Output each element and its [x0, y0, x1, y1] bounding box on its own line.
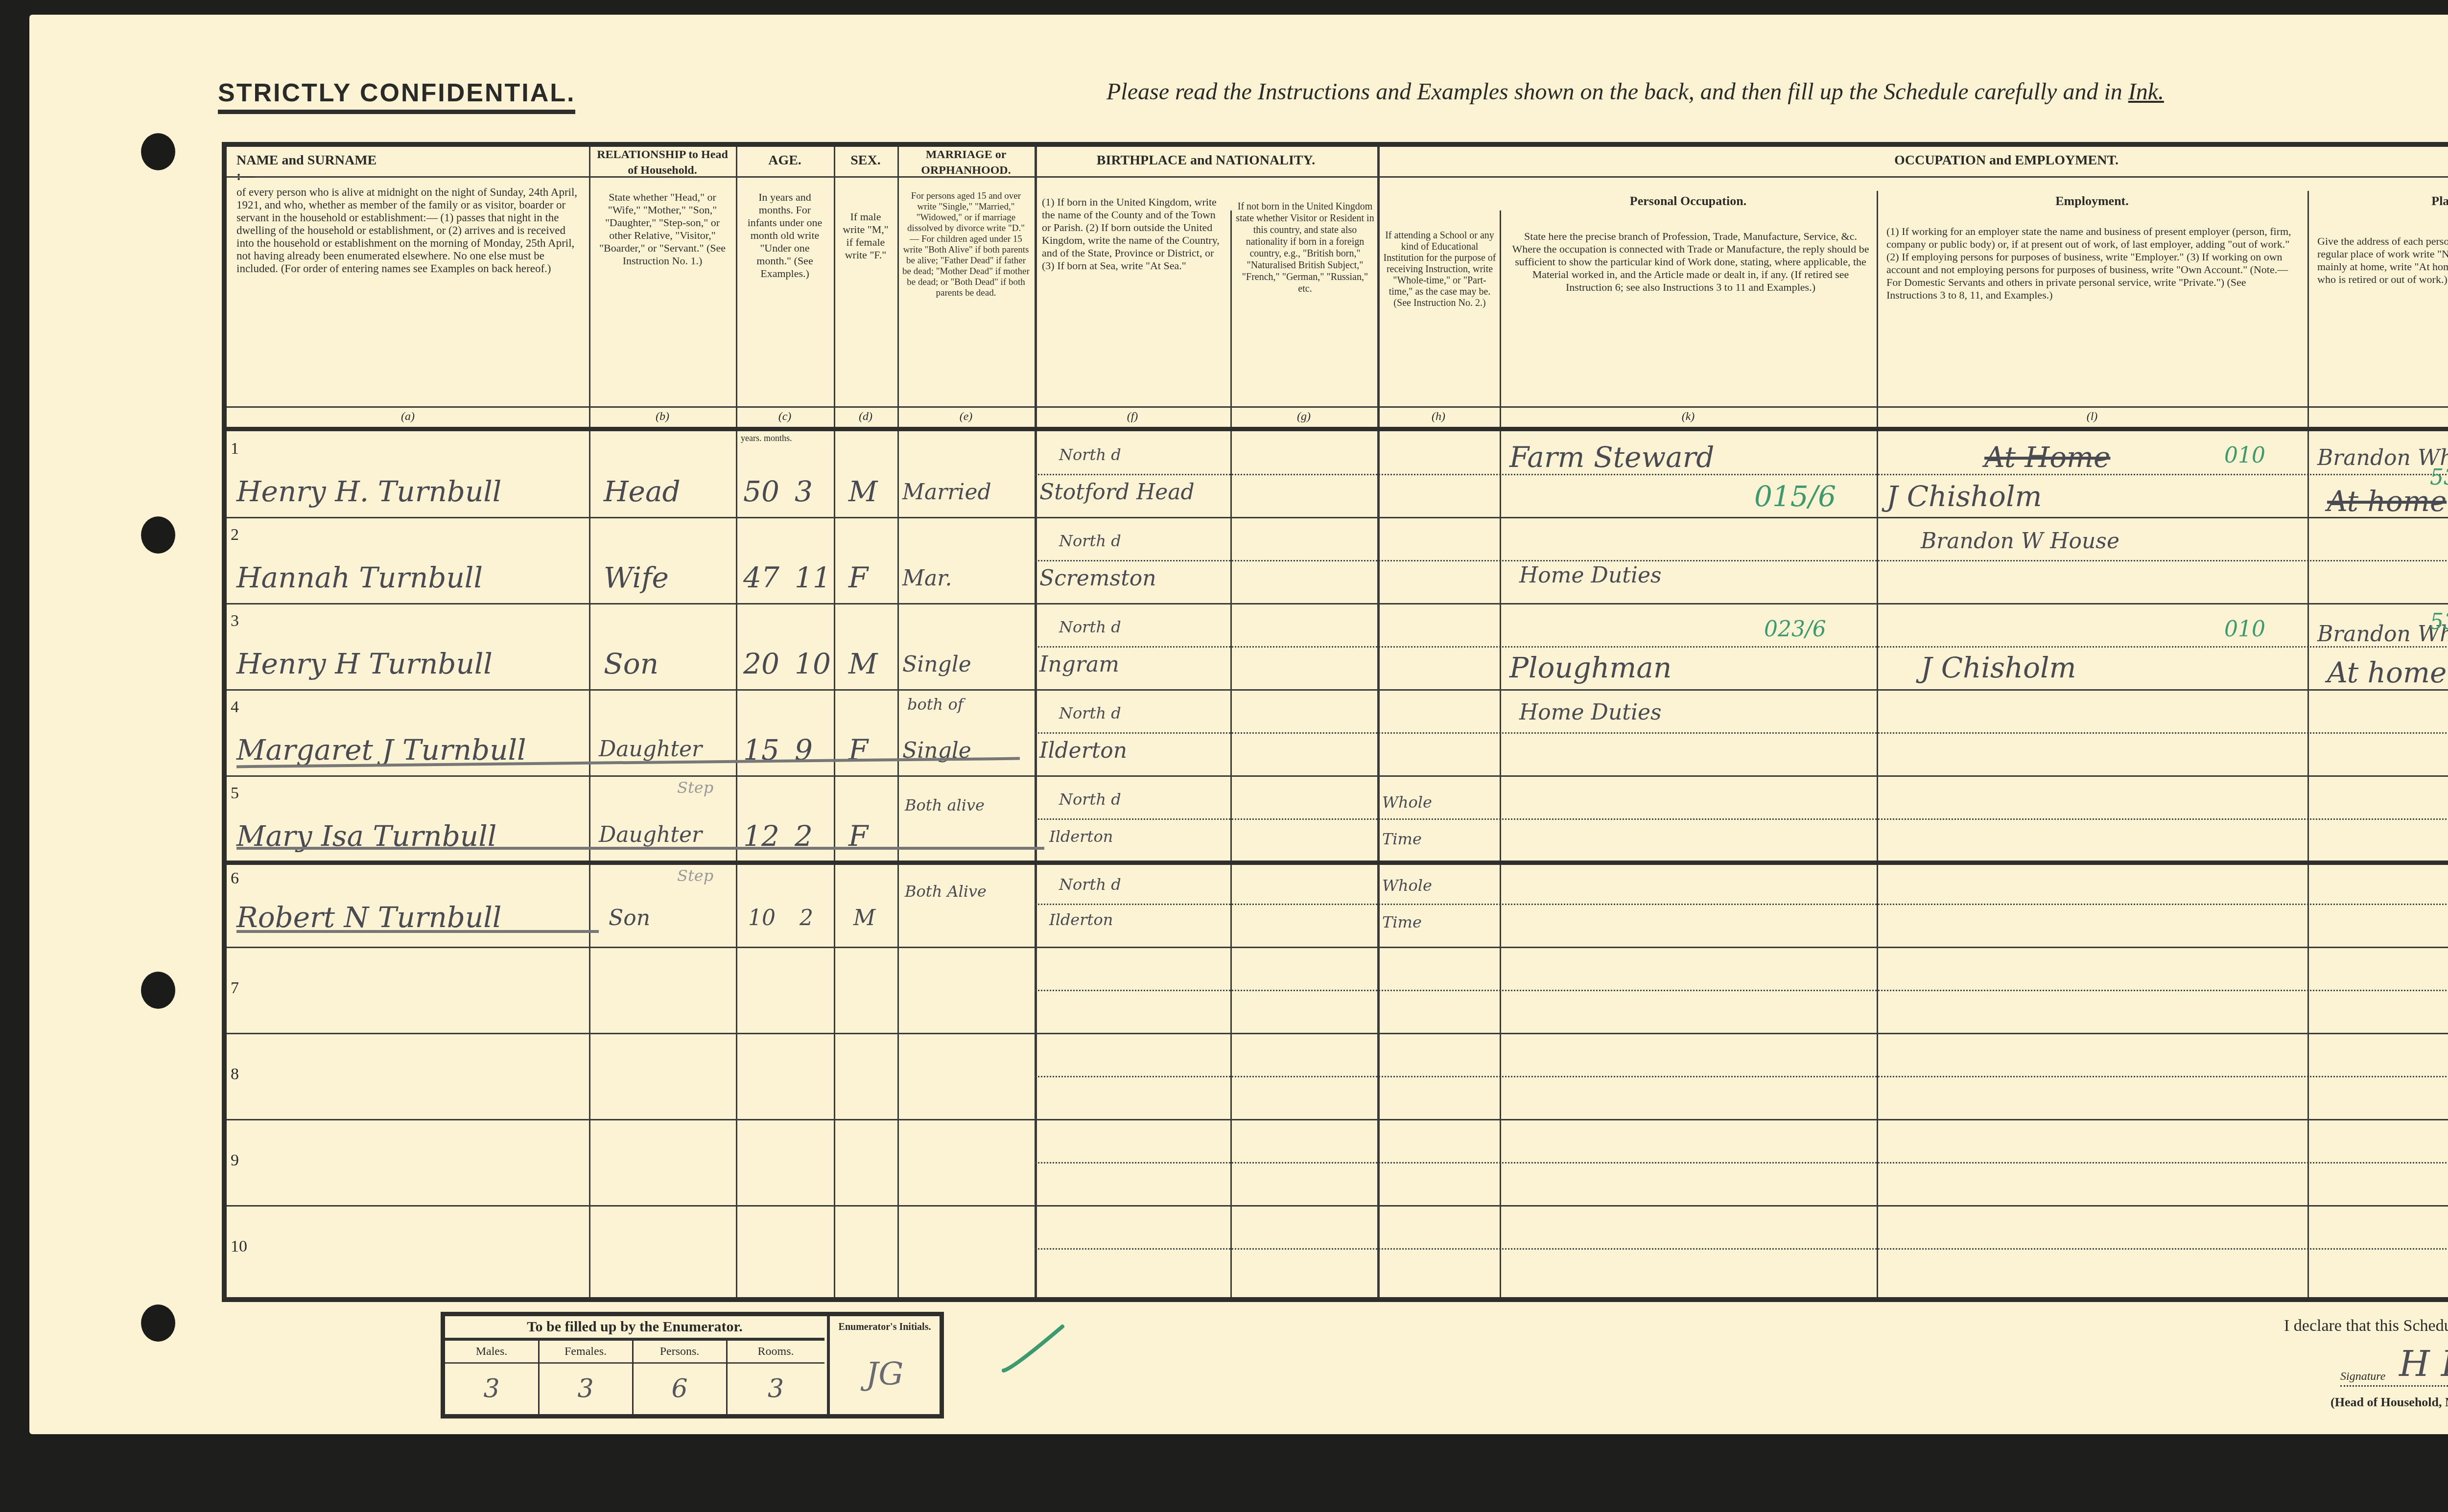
name-strikethrough: [236, 930, 599, 933]
cell-birth-place[interactable]: Ilderton: [1049, 827, 1113, 846]
cell-age-months[interactable]: 11: [795, 561, 831, 594]
cell-schooling[interactable]: Time: [1382, 830, 1422, 848]
cell-schooling[interactable]: Time: [1382, 913, 1422, 931]
col-letter: (a): [227, 410, 589, 423]
row-midline: [1035, 818, 2448, 820]
col-divider: [736, 147, 737, 1297]
header-employment-instructions: (1) If working for an employer state the…: [1886, 225, 2298, 302]
cell-age-months[interactable]: 10: [795, 647, 831, 680]
col-letter: (h): [1377, 410, 1500, 423]
row-number: 6: [231, 869, 239, 888]
signature-label: Signature: [2340, 1370, 2385, 1383]
row-number: 3: [231, 612, 239, 630]
row-number: 1: [231, 440, 239, 458]
cell-employer[interactable]: Brandon W House: [1921, 529, 2119, 554]
cell-relationship-annotation: Step: [677, 778, 713, 797]
col-divider: [2307, 191, 2309, 1297]
row-rule: [227, 947, 2448, 948]
row-number: 5: [231, 784, 239, 803]
header-age-instructions: In years and months. For infants under o…: [743, 191, 826, 280]
header-occupation: OCCUPATION and EMPLOYMENT.: [1380, 153, 2448, 168]
cell-relationship[interactable]: Daughter: [599, 737, 702, 762]
enumerator-summary-box: To be filled up by the Enumerator. Males…: [441, 1312, 944, 1419]
col-letter: (l): [1877, 410, 2307, 423]
row-number: 2: [231, 526, 239, 544]
cell-marriage[interactable]: Mar.: [902, 566, 952, 591]
row-midline: [1035, 1162, 2448, 1163]
males-count[interactable]: 3: [445, 1364, 538, 1413]
cell-birth-county[interactable]: North d: [1059, 618, 1121, 636]
enumerator-box-header: To be filled up by the Enumerator.: [445, 1316, 824, 1341]
header-relationship-instructions: State whether "Head," or "Wife," "Mother…: [596, 191, 729, 267]
cell-sex[interactable]: M: [848, 475, 877, 508]
row-midline: [1035, 474, 2448, 475]
header-employment: Employment.: [1879, 193, 2305, 209]
instruction-line: Please read the Instructions and Example…: [1106, 78, 2164, 105]
cell-occupation[interactable]: Home Duties: [1519, 700, 1662, 725]
header-sex: SEX.: [836, 153, 895, 168]
cell-relationship[interactable]: Wife: [604, 561, 669, 594]
row-midline: [1035, 560, 2448, 561]
cell-relationship[interactable]: Son: [609, 906, 650, 930]
header-relationship: RELATIONSHIP to Head of Household.: [591, 147, 733, 178]
cell-relationship[interactable]: Daughter: [599, 822, 702, 847]
header-age: AGE.: [738, 153, 831, 168]
row-rule: [227, 689, 2448, 691]
name-strikethrough: [236, 847, 1044, 850]
cell-age-years[interactable]: 50: [743, 475, 779, 508]
cell-name[interactable]: Margaret J Turnbull: [236, 733, 526, 767]
row-midline: [1035, 1076, 2448, 1077]
cell-marriage-note: both of: [907, 695, 964, 714]
females-label: Females.: [539, 1341, 632, 1364]
row-number: 8: [231, 1065, 239, 1084]
workplace-code: 538503: [2430, 609, 2448, 634]
row-rule: [227, 1033, 2448, 1034]
declaration-text: I declare that this Schedule is correctl…: [2284, 1317, 2448, 1335]
cell-age-months[interactable]: 3: [795, 475, 813, 508]
initials-label: Enumerator's Initials.: [827, 1316, 940, 1338]
cell-name[interactable]: Henry H. Turnbull: [236, 475, 501, 508]
header-nationality-instructions: If not born in the United Kingdom state …: [1235, 201, 1375, 295]
col-letter: (d): [834, 410, 897, 423]
col-letter: (c): [736, 410, 834, 423]
row-midline: [1035, 1248, 2448, 1250]
cell-birth-county[interactable]: North d: [1059, 790, 1121, 809]
cell-birth-place[interactable]: Ilderton: [1039, 738, 1127, 763]
cell-occupation[interactable]: Ploughman: [1509, 651, 1671, 684]
employer-code: 010: [2224, 443, 2265, 468]
cell-name[interactable]: Hannah Turnbull: [236, 561, 483, 594]
cell-relationship-annotation: Step: [677, 866, 713, 885]
cell-employer[interactable]: J Chisholm: [1921, 651, 2076, 684]
cell-birth-county[interactable]: North d: [1059, 704, 1121, 722]
females-count[interactable]: 3: [539, 1364, 632, 1413]
col-divider: [1035, 147, 1037, 1297]
cell-birth-county[interactable]: North d: [1059, 532, 1121, 550]
cell-marriage[interactable]: Married: [902, 480, 991, 505]
col-divider: [1230, 210, 1232, 1297]
persons-count[interactable]: 6: [633, 1364, 726, 1413]
row-rule: [227, 861, 2448, 865]
header-place-of-work-instructions: Give the address of each person's place …: [2317, 235, 2448, 286]
cell-workplace[interactable]: Brandon White House: [2317, 445, 2448, 470]
cell-marriage[interactable]: Both Alive: [905, 874, 1027, 908]
header-name-instructions: of every person who is alive at midnight…: [236, 186, 579, 275]
cell-marriage[interactable]: Single: [902, 652, 971, 677]
row-number: 9: [231, 1151, 239, 1170]
col-letter: (k): [1500, 410, 1877, 423]
cell-employer[interactable]: J Chisholm: [1886, 480, 2042, 513]
punch-hole: [141, 133, 175, 170]
cell-birth-place[interactable]: Stotford Head: [1039, 480, 1195, 505]
header-rule: [227, 427, 2448, 431]
col-divider: [1877, 191, 1878, 1297]
cell-sex[interactable]: M: [848, 647, 877, 680]
cell-sex[interactable]: F: [848, 561, 868, 594]
rooms-label: Rooms.: [727, 1341, 824, 1364]
occupation-code: 023/6: [1764, 617, 1826, 642]
cell-birth-county[interactable]: North d: [1059, 875, 1121, 894]
header-marriage: MARRIAGE or ORPHANHOOD.: [900, 147, 1032, 178]
row-midline: [1035, 646, 2448, 648]
cell-age-years[interactable]: 47: [743, 561, 779, 594]
instruction-text: Please read the Instructions and Example…: [1106, 79, 2128, 105]
cell-schooling[interactable]: Whole: [1382, 793, 1432, 812]
row-number: 7: [231, 979, 239, 998]
col-letter: (b): [589, 410, 736, 423]
age-subheader: years. months.: [741, 433, 792, 443]
punch-hole: [141, 1304, 175, 1342]
cell-sex[interactable]: M: [853, 906, 875, 930]
cell-schooling[interactable]: Whole: [1382, 876, 1432, 895]
cell-employer-struck: At Home: [1984, 441, 2110, 474]
schedule-table: NAME and SURNAME :— of every person who …: [222, 142, 2448, 1302]
col-letter: (m): [2307, 410, 2448, 423]
cell-workplace[interactable]: Brandon White House: [2317, 622, 2448, 647]
header-marriage-instructions: For persons aged 15 and over write "Sing…: [902, 191, 1030, 299]
cell-occupation[interactable]: Home Duties: [1519, 563, 1662, 588]
signature-line: Signature H H Turnbull: [2340, 1351, 2448, 1387]
cell-birth-place[interactable]: Ilderton: [1049, 910, 1113, 929]
row-midline: [1035, 732, 2448, 734]
header-sex-instructions: If male write "M," if female write "F.": [839, 210, 893, 261]
green-check-mark: [999, 1317, 1067, 1375]
employer-code: 010: [2224, 617, 2265, 642]
row-rule: [227, 1119, 2448, 1120]
col-divider: [1500, 210, 1501, 1297]
row-midline: [1035, 990, 2448, 991]
col-divider: [1377, 147, 1380, 1297]
cell-name[interactable]: Robert N Turnbull: [236, 901, 501, 934]
cell-occupation[interactable]: Farm Steward: [1509, 441, 1715, 474]
cell-age-months[interactable]: 2: [800, 906, 813, 930]
rooms-count[interactable]: 3: [727, 1364, 824, 1413]
col-letter: (f): [1035, 410, 1230, 423]
males-label: Males.: [445, 1341, 538, 1364]
cell-birth-place[interactable]: Scremston: [1039, 566, 1156, 591]
row-midline: [1035, 904, 2448, 905]
cell-marriage[interactable]: Both alive: [905, 788, 1027, 822]
cell-birth-county[interactable]: North d: [1059, 445, 1121, 464]
row-number: 4: [231, 698, 239, 717]
punch-hole: [141, 516, 175, 554]
cell-birth-place[interactable]: Ingram: [1039, 652, 1119, 677]
cell-workplace-struck: At home: [2327, 485, 2447, 518]
cell-age-years[interactable]: 10: [748, 906, 776, 930]
row-rule: [227, 517, 2448, 518]
col-divider: [834, 147, 835, 1297]
row-rule: [227, 775, 2448, 777]
enumerator-initials[interactable]: JG: [827, 1338, 940, 1414]
row-rule: [227, 1205, 2448, 1207]
header-occupation-instructions: State here the precise branch of Profess…: [1509, 230, 1872, 294]
header-personal-occupation: Personal Occupation.: [1502, 193, 1874, 209]
col-divider: [897, 147, 899, 1297]
occupation-code: 015/6: [1754, 480, 1836, 513]
header-rule: [227, 176, 2448, 178]
instruction-ink: Ink.: [2128, 79, 2164, 105]
col-letter: (g): [1230, 410, 1377, 423]
col-divider: [589, 147, 590, 1297]
cell-age-years[interactable]: 20: [743, 647, 779, 680]
punch-hole: [141, 972, 175, 1009]
header-place-of-work: Place of Work.: [2310, 193, 2448, 209]
signature-caption: (Head of Household, Manager of Establish…: [2330, 1395, 2448, 1410]
cell-workplace-note[interactable]: At home: [2327, 656, 2447, 689]
header-name: NAME and SURNAME :—: [236, 153, 383, 184]
header-rule: [227, 406, 2448, 408]
row-rule: [227, 603, 2448, 605]
header-birthplace: BIRTHPLACE and NATIONALITY.: [1037, 153, 1375, 168]
row-number: 10: [231, 1237, 247, 1256]
header-birthplace-instructions: (1) If born in the United Kingdom, write…: [1042, 196, 1223, 272]
signature-value[interactable]: H H Turnbull: [2399, 1343, 2448, 1384]
persons-label: Persons.: [633, 1341, 726, 1364]
cell-relationship[interactable]: Head: [604, 475, 681, 508]
cell-name[interactable]: Henry H Turnbull: [236, 647, 493, 680]
header-schooling-instructions: If attending a School or any kind of Edu…: [1382, 230, 1497, 309]
col-letter: (e): [897, 410, 1035, 423]
cell-relationship[interactable]: Son: [604, 647, 659, 680]
confidential-label: STRICTLY CONFIDENTIAL.: [218, 78, 575, 114]
